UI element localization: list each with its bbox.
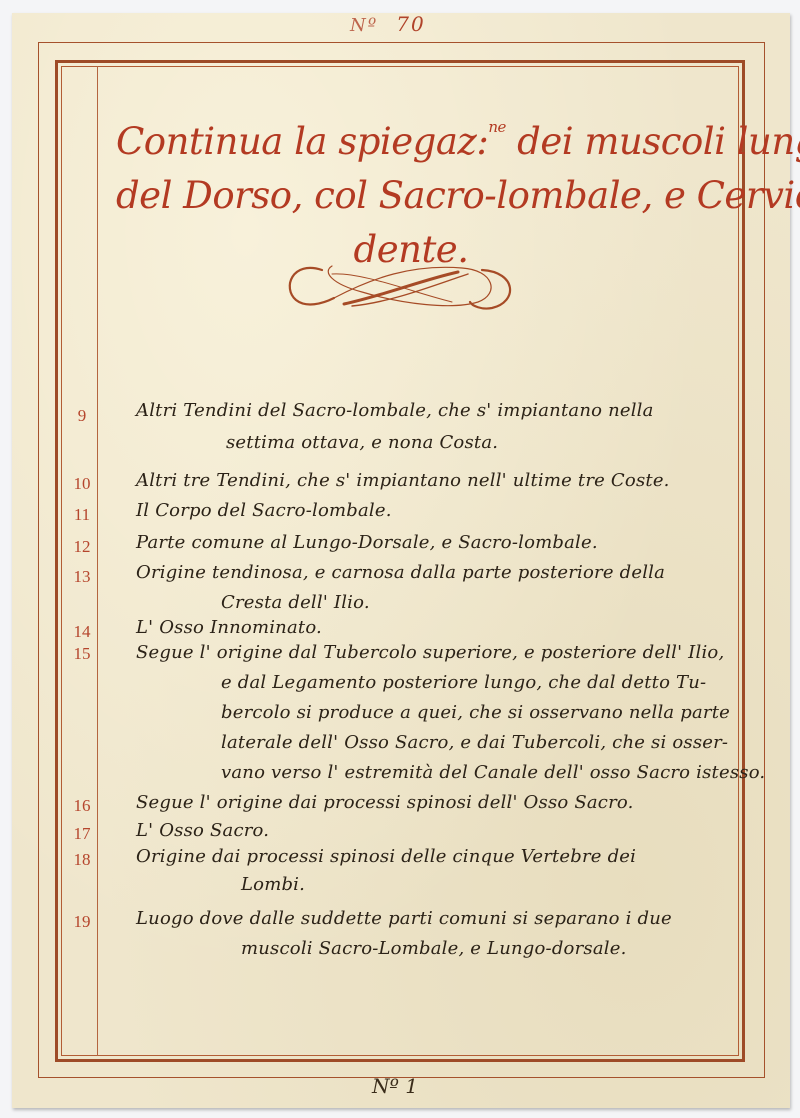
entry-text-line: Altri Tendini del Sacro-lombale, che s' … xyxy=(136,400,654,421)
list-item: 18 Origine dai processi spinosi delle ci… xyxy=(66,846,746,904)
entry-text-line: muscoli Sacro-Lombale, e Lungo-dorsale. xyxy=(241,938,627,959)
list-item: 19 Luogo dove dalle suddette parti comun… xyxy=(66,904,746,966)
title-line-1: Continua la spiegaz:ne dei muscoli lungh… xyxy=(116,100,746,169)
entry-number: 16 xyxy=(66,796,98,816)
entry-text-line: L' Osso Sacro. xyxy=(136,820,269,841)
entry-text-line: settima ottava, e nona Costa. xyxy=(226,432,498,453)
calligraphic-flourish-icon xyxy=(282,258,522,314)
entry-text-line: e dal Legamento posteriore lungo, che da… xyxy=(221,672,706,693)
entry-number: 10 xyxy=(66,474,98,494)
entry-text-line: Segue l' origine dai processi spinosi de… xyxy=(136,792,634,813)
entry-text-line: vano verso l' estremità del Canale dell'… xyxy=(221,762,765,783)
list-item: 10 Altri tre Tendini, che s' impiantano … xyxy=(66,468,746,500)
entry-text-line: L' Osso Innominato. xyxy=(136,617,322,638)
list-item: 15 Segue l' origine dal Tubercolo superi… xyxy=(66,642,746,794)
list-item: 17 L' Osso Sacro. xyxy=(66,822,746,846)
list-item: 13 Origine tendinosa, e carnosa dalla pa… xyxy=(66,562,746,620)
entry-text-line: bercolo si produce a quei, che si osserv… xyxy=(221,702,730,723)
entry-number: 13 xyxy=(66,567,98,587)
entry-text-line: Cresta dell' Ilio. xyxy=(221,592,370,613)
list-item: 14 L' Osso Innominato. xyxy=(66,620,746,642)
title-line-2: del Dorso, col Sacro-lombale, e Cervical… xyxy=(116,169,746,223)
list-item: 12 Parte comune al Lungo-Dorsale, e Sacr… xyxy=(66,532,746,562)
entry-number: 15 xyxy=(66,644,98,664)
page-title: Continua la spiegaz:ne dei muscoli lungh… xyxy=(116,100,746,277)
folio-mark: Nº xyxy=(350,15,378,36)
entry-number: 11 xyxy=(66,505,98,525)
entry-text-line: Luogo dove dalle suddette parti comuni s… xyxy=(136,908,672,929)
entry-text-line: Parte comune al Lungo-Dorsale, e Sacro-l… xyxy=(136,532,598,553)
entry-text-line: Origine dai processi spinosi delle cinqu… xyxy=(136,846,636,867)
catchword: Nº 1 xyxy=(372,1074,418,1098)
list-item: 11 Il Corpo del Sacro-lombale. xyxy=(66,500,746,532)
entry-number: 19 xyxy=(66,912,98,932)
entry-text-line: laterale dell' Osso Sacro, e dai Tuberco… xyxy=(221,732,728,753)
entry-text-line: Segue l' origine dal Tubercolo superiore… xyxy=(136,642,724,663)
entry-text-line: Origine tendinosa, e carnosa dalla parte… xyxy=(136,562,665,583)
entry-number: 14 xyxy=(66,622,98,642)
entry-number: 12 xyxy=(66,537,98,557)
list-item: 9 Altri Tendini del Sacro-lombale, che s… xyxy=(66,392,746,468)
legend-entries-list: 9 Altri Tendini del Sacro-lombale, che s… xyxy=(66,392,746,966)
entry-number: 17 xyxy=(66,824,98,844)
folio-value: 70 xyxy=(396,12,425,36)
entry-text-line: Lombi. xyxy=(241,874,305,895)
entry-text-line: Altri tre Tendini, che s' impiantano nel… xyxy=(136,470,670,491)
folio-number: Nº70 xyxy=(350,12,426,36)
list-item: 16 Segue l' origine dai processi spinosi… xyxy=(66,794,746,822)
title-text: dei muscoli lunghissimo xyxy=(506,120,800,163)
title-superscript: ne xyxy=(488,118,506,136)
entry-number: 18 xyxy=(66,850,98,870)
entry-number: 9 xyxy=(66,406,98,426)
entry-text-line: Il Corpo del Sacro-lombale. xyxy=(136,500,392,521)
title-text: Continua la spiegaz: xyxy=(116,120,488,163)
